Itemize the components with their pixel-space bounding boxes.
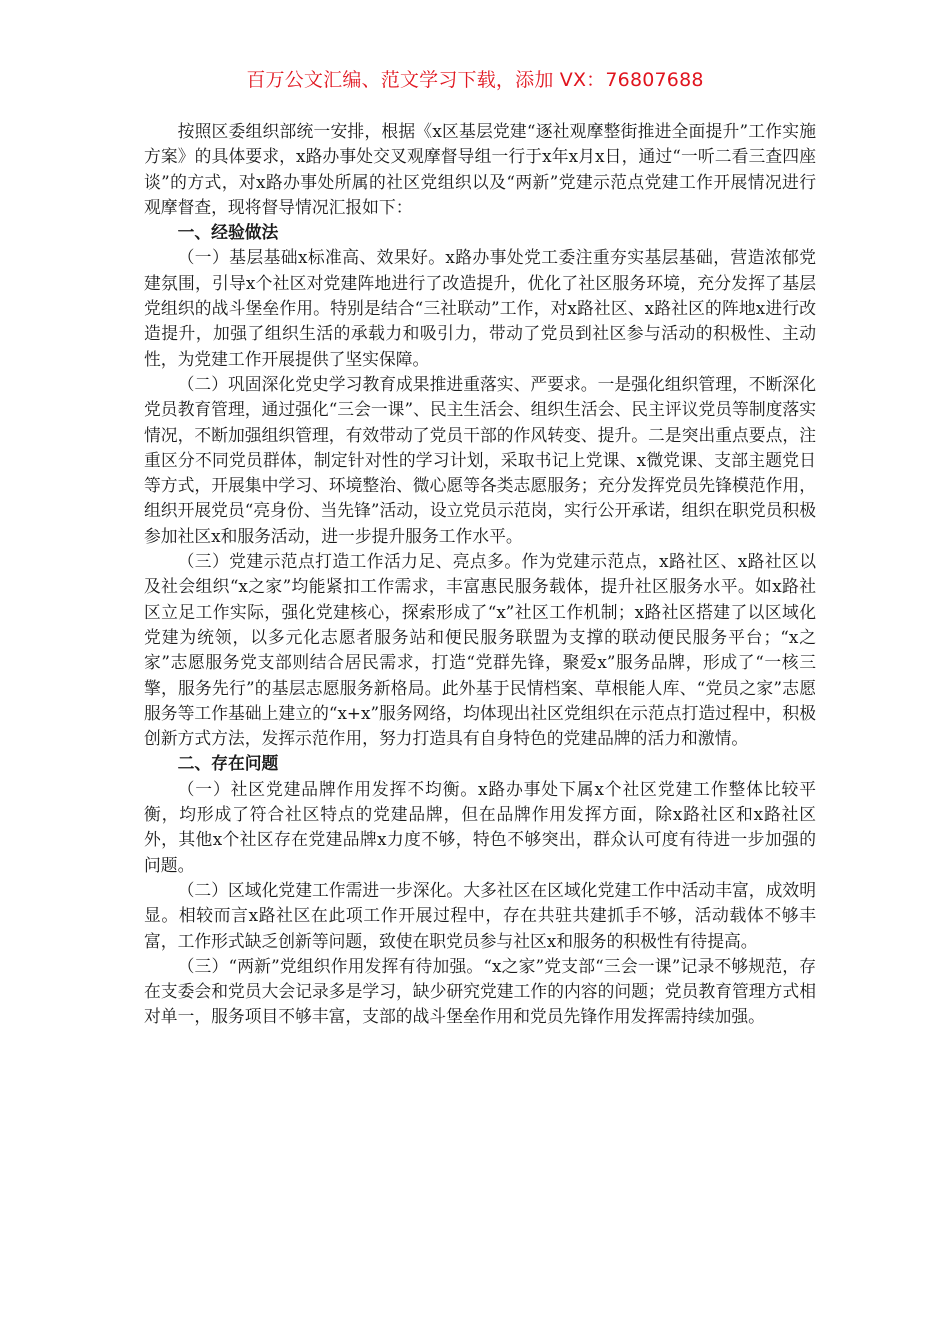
section-experience: 一、经验做法 （一）基层基础x标准高、效果好。x路办事处党工委注重夯实基层基础，… [144,220,816,751]
watermark-banner: 百万公文汇编、范文学习下载，添加 VX：76807688 [0,66,950,94]
section-problems: 二、存在问题 （一）社区党建品牌作用发挥不均衡。x路办事处下属x个社区党建工作整… [144,751,816,1029]
document-body: 按照区委组织部统一安排，根据《x区基层党建“逐社观摩整街推进全面提升”工作实施方… [144,119,816,1030]
intro-paragraph: 按照区委组织部统一安排，根据《x区基层党建“逐社观摩整街推进全面提升”工作实施方… [144,119,816,220]
section-heading: 一、经验做法 [144,220,816,245]
paragraph: （二）区域化党建工作需进一步深化。大多社区在区域化党建工作中活动丰富，成效明显。… [144,878,816,954]
section-heading: 二、存在问题 [144,751,816,776]
paragraph: （一）社区党建品牌作用发挥不均衡。x路办事处下属x个社区党建工作整体比较平衡，均… [144,777,816,878]
paragraph: （三）“两新”党组织作用发挥有待加强。“x之家”党支部“三会一课”记录不够规范，… [144,954,816,1030]
paragraph: （一）基层基础x标准高、效果好。x路办事处党工委注重夯实基层基础，营造浓郁党建氛… [144,245,816,371]
paragraph: （二）巩固深化党史学习教育成果推进重落实、严要求。一是强化组织管理，不断深化党员… [144,372,816,549]
paragraph: （三）党建示范点打造工作活力足、亮点多。作为党建示范点，x路社区、x路社区以及社… [144,549,816,751]
